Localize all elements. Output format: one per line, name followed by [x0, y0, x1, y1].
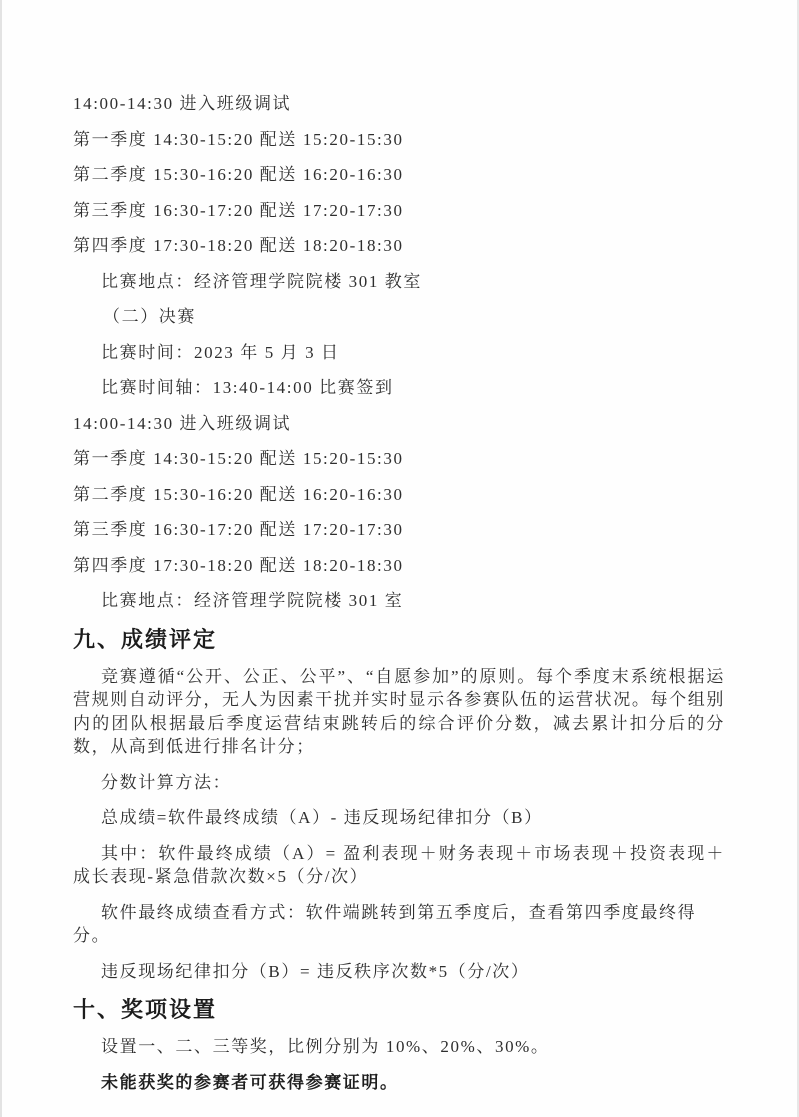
scoring-view-method: 软件最终成绩查看方式：软件端跳转到第五季度后，查看第四季度最终得分。: [73, 901, 725, 948]
final-timeline: 比赛时间轴：13:40-14:00 比赛签到: [73, 376, 725, 400]
document-content: 14:00-14:30 进入班级调试 第一季度 14:30-15:20 配送 1…: [2, 0, 797, 1094]
scoring-intro-paragraph: 竞赛遵循“公开、公正、公平”、“自愿参加”的原则。每个季度末系统根据运营规则自动…: [73, 665, 725, 759]
preliminary-schedule-line: 第一季度 14:30-15:20 配送 15:20-15:30: [73, 128, 725, 152]
preliminary-schedule-line: 第四季度 17:30-18:20 配送 18:20-18:30: [73, 234, 725, 258]
awards-note-bold: 未能获奖的参赛者可获得参赛证明。: [73, 1071, 725, 1095]
preliminary-schedule-line: 14:00-14:30 进入班级调试: [73, 92, 725, 116]
scoring-total-formula: 总成绩=软件最终成绩（A）- 违反现场纪律扣分（B）: [73, 806, 725, 830]
preliminary-location: 比赛地点：经济管理学院院楼 301 教室: [73, 270, 725, 294]
final-schedule-line: 第一季度 14:30-15:20 配送 15:20-15:30: [73, 447, 725, 471]
final-schedule-line: 第二季度 15:30-16:20 配送 16:20-16:30: [73, 483, 725, 507]
scoring-section-heading: 九、成绩评定: [73, 625, 725, 655]
final-location: 比赛地点：经济管理学院院楼 301 室: [73, 589, 725, 613]
scoring-method-label: 分数计算方法：: [73, 771, 725, 795]
document-page: 14:00-14:30 进入班级调试 第一季度 14:30-15:20 配送 1…: [0, 0, 799, 1117]
awards-section-heading: 十、奖项设置: [73, 995, 725, 1025]
final-schedule-line: 14:00-14:30 进入班级调试: [73, 412, 725, 436]
preliminary-schedule-line: 第二季度 15:30-16:20 配送 16:20-16:30: [73, 163, 725, 187]
preliminary-schedule-line: 第三季度 16:30-17:20 配送 17:20-17:30: [73, 199, 725, 223]
awards-ratio-line: 设置一、二、三等奖，比例分别为 10%、20%、30%。: [73, 1035, 725, 1059]
final-subheading: （二）决赛: [73, 305, 725, 329]
final-schedule-line: 第四季度 17:30-18:20 配送 18:20-18:30: [73, 554, 725, 578]
scoring-detail-formula: 其中：软件最终成绩（A）= 盈利表现＋财务表现＋市场表现＋投资表现＋成长表现-紧…: [73, 842, 725, 889]
final-time: 比赛时间：2023 年 5 月 3 日: [73, 341, 725, 365]
scoring-penalty-formula: 违反现场纪律扣分（B）= 违反秩序次数*5（分/次）: [73, 960, 725, 984]
final-schedule-line: 第三季度 16:30-17:20 配送 17:20-17:30: [73, 518, 725, 542]
